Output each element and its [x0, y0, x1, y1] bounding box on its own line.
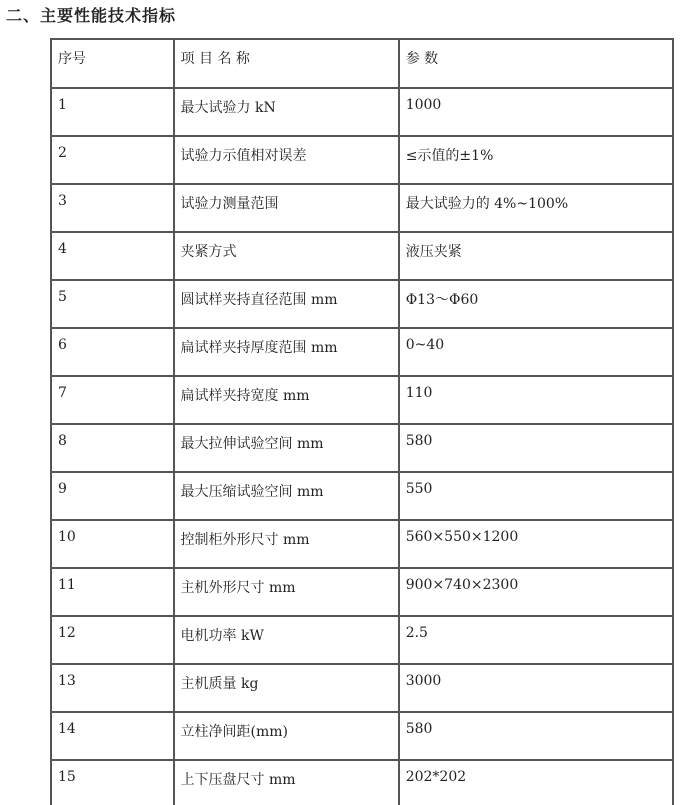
cell-value: 1000 [399, 88, 673, 136]
cell-item: 主机外形尺寸 mm [174, 568, 399, 616]
cell-no: 5 [51, 280, 174, 328]
table-row: 9最大压缩试验空间 mm550 [51, 472, 673, 520]
cell-no: 9 [51, 472, 174, 520]
cell-value: Φ13～Φ60 [399, 280, 673, 328]
cell-no: 2 [51, 136, 174, 184]
cell-item: 试验力测量范围 [174, 184, 399, 232]
table-row: 5圆试样夹持直径范围 mmΦ13～Φ60 [51, 280, 673, 328]
table-row: 12电机功率 kW2.5 [51, 616, 673, 664]
cell-item: 电机功率 kW [174, 616, 399, 664]
cell-value: ≤示值的±1% [399, 136, 673, 184]
cell-no: 12 [51, 616, 174, 664]
cell-value: 560×550×1200 [399, 520, 673, 568]
cell-item: 最大压缩试验空间 mm [174, 472, 399, 520]
cell-value: 580 [399, 424, 673, 472]
table-row: 6扁试样夹持厚度范围 mm0~40 [51, 328, 673, 376]
cell-no: 8 [51, 424, 174, 472]
cell-value: 900×740×2300 [399, 568, 673, 616]
table-row: 15上下压盘尺寸 mm202*202 [51, 760, 673, 805]
table-row: 8最大拉伸试验空间 mm580 [51, 424, 673, 472]
cell-item: 控制柜外形尺寸 mm [174, 520, 399, 568]
cell-item: 夹紧方式 [174, 232, 399, 280]
table-row: 13主机质量 kg3000 [51, 664, 673, 712]
cell-value: 2.5 [399, 616, 673, 664]
table-row: 1最大试验力 kN1000 [51, 88, 673, 136]
table-row: 10控制柜外形尺寸 mm560×550×1200 [51, 520, 673, 568]
cell-no: 4 [51, 232, 174, 280]
cell-no: 1 [51, 88, 174, 136]
table-row: 11主机外形尺寸 mm900×740×2300 [51, 568, 673, 616]
cell-item: 主机质量 kg [174, 664, 399, 712]
header-item: 项 目 名 称 [174, 39, 399, 88]
cell-no: 15 [51, 760, 174, 805]
section-title: 二、主要性能技术指标 [6, 3, 176, 26]
cell-no: 14 [51, 712, 174, 760]
table-header-row: 序号 项 目 名 称 参 数 [51, 39, 673, 88]
cell-item: 上下压盘尺寸 mm [174, 760, 399, 805]
cell-item: 扁试样夹持宽度 mm [174, 376, 399, 424]
cell-value: 0~40 [399, 328, 673, 376]
table-row: 7扁试样夹持宽度 mm110 [51, 376, 673, 424]
cell-value: 液压夹紧 [399, 232, 673, 280]
cell-item: 扁试样夹持厚度范围 mm [174, 328, 399, 376]
table-row: 2试验力示值相对误差≤示值的±1% [51, 136, 673, 184]
cell-value: 550 [399, 472, 673, 520]
cell-item: 圆试样夹持直径范围 mm [174, 280, 399, 328]
cell-item: 试验力示值相对误差 [174, 136, 399, 184]
cell-value: 最大试验力的 4%~100% [399, 184, 673, 232]
header-no: 序号 [51, 39, 174, 88]
cell-no: 6 [51, 328, 174, 376]
cell-no: 7 [51, 376, 174, 424]
cell-no: 11 [51, 568, 174, 616]
cell-value: 110 [399, 376, 673, 424]
cell-item: 最大试验力 kN [174, 88, 399, 136]
cell-no: 10 [51, 520, 174, 568]
spec-table: 序号 项 目 名 称 参 数 1最大试验力 kN10002试验力示值相对误差≤示… [50, 38, 674, 805]
table-row: 4夹紧方式液压夹紧 [51, 232, 673, 280]
cell-item: 立柱净间距(mm) [174, 712, 399, 760]
cell-item: 最大拉伸试验空间 mm [174, 424, 399, 472]
cell-value: 3000 [399, 664, 673, 712]
cell-no: 13 [51, 664, 174, 712]
table-row: 3试验力测量范围最大试验力的 4%~100% [51, 184, 673, 232]
cell-value: 580 [399, 712, 673, 760]
cell-value: 202*202 [399, 760, 673, 805]
header-value: 参 数 [399, 39, 673, 88]
cell-no: 3 [51, 184, 174, 232]
table-row: 14立柱净间距(mm)580 [51, 712, 673, 760]
